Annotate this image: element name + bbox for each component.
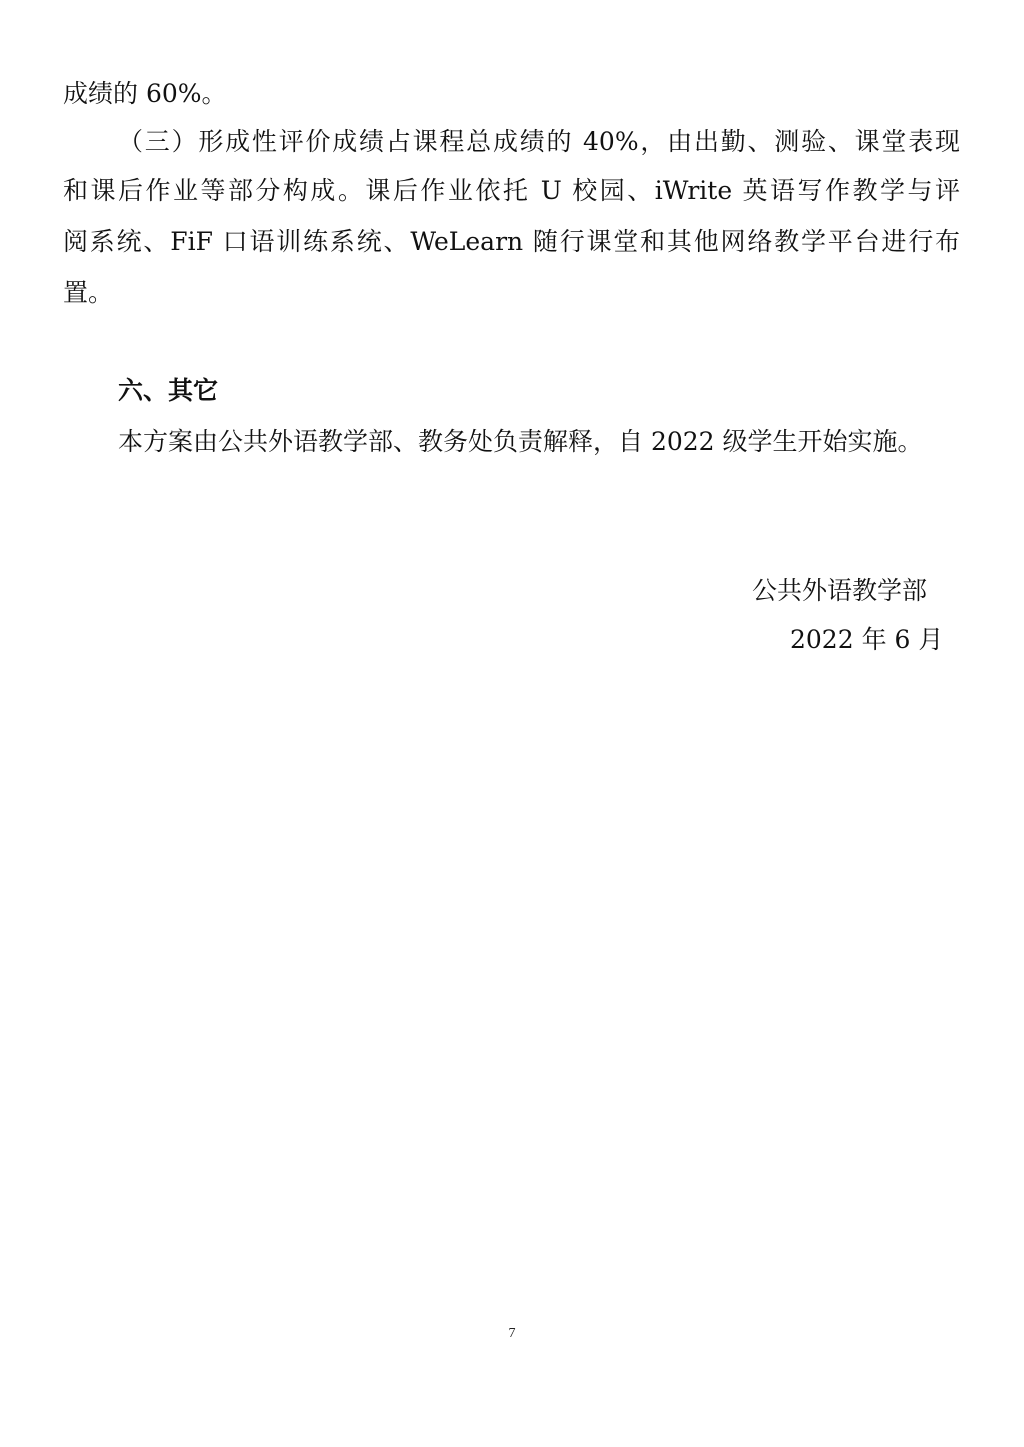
signature-department: 公共外语教学部 bbox=[752, 575, 927, 607]
signature-date: 2022 年 6 月 bbox=[790, 624, 943, 656]
section-heading: 六、其它 bbox=[118, 375, 218, 407]
paragraph-line-5: 置。 bbox=[63, 277, 113, 309]
paragraph-line-4: 阅系统、FiF 口语训练系统、WeLearn 随行课堂和其他网络教学平台进行布 bbox=[63, 226, 960, 258]
paragraph-line-1: 成绩的 60%。 bbox=[63, 78, 227, 110]
paragraph-line-2: （三）形成性评价成绩占课程总成绩的 40%，由出勤、测验、课堂表现 bbox=[118, 126, 960, 158]
page-number: 7 bbox=[0, 1326, 1024, 1342]
paragraph-line-3: 和课后作业等部分构成。课后作业依托 U 校园、iWrite 英语写作教学与评 bbox=[63, 175, 960, 207]
section-body: 本方案由公共外语教学部、教务处负责解释，自 2022 级学生开始实施。 bbox=[118, 426, 923, 458]
